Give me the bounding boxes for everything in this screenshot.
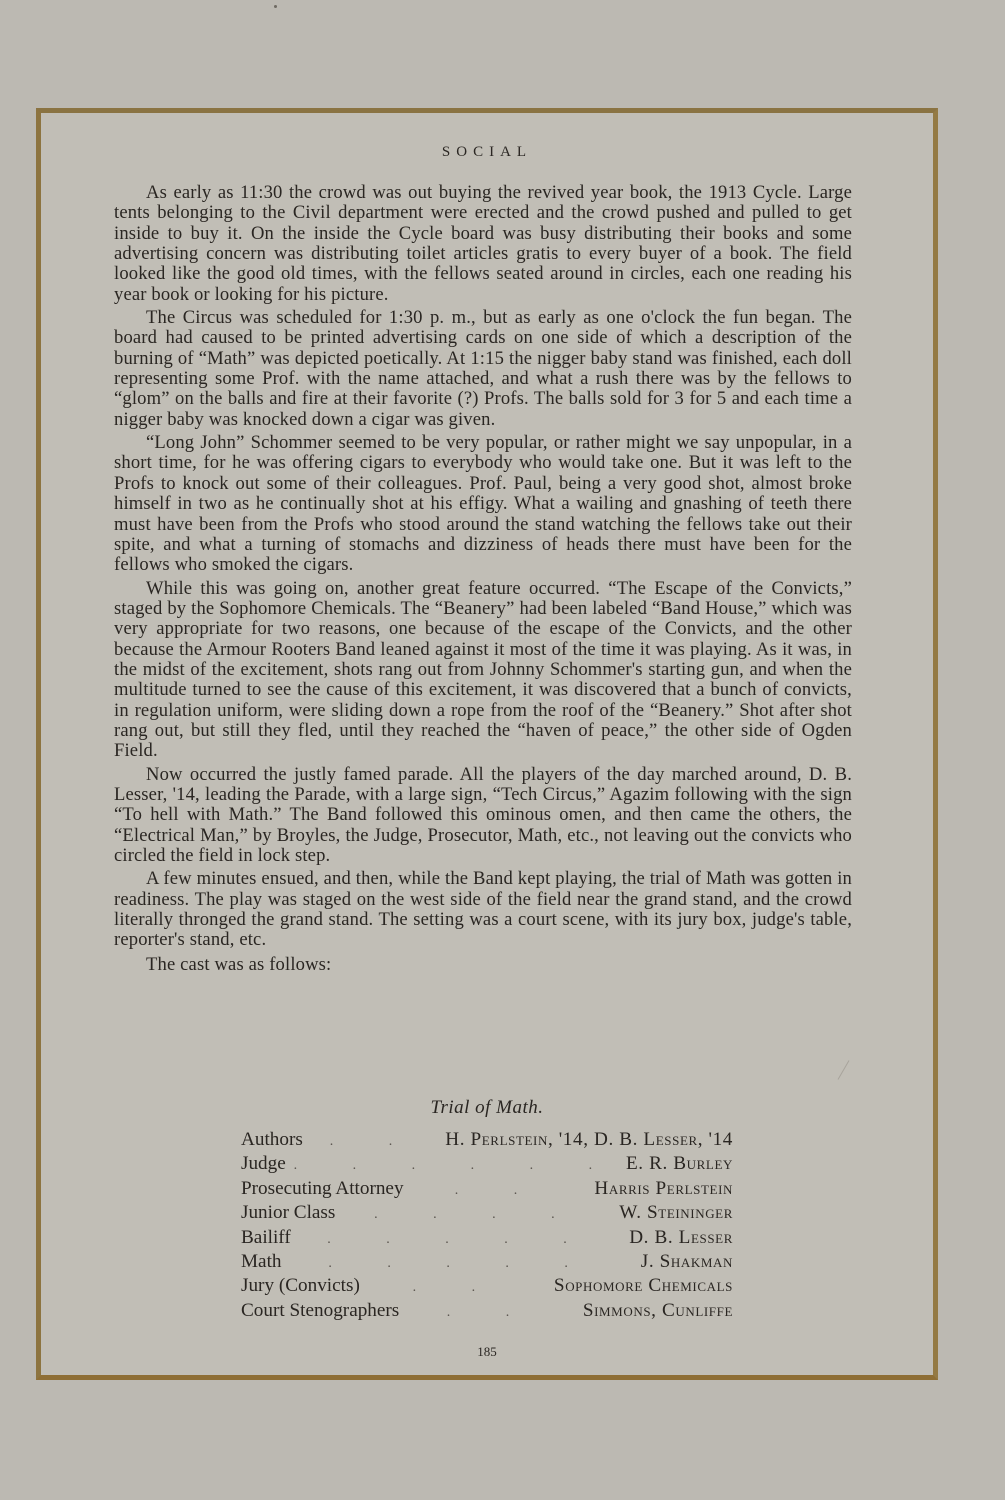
cast-actor: J. Shakman bbox=[641, 1251, 733, 1273]
paragraph-trial-setup: A few minutes ensued, and then, while th… bbox=[114, 869, 852, 950]
leader-dots: . . bbox=[399, 1305, 583, 1321]
cast-title: Trial of Math. bbox=[41, 1097, 933, 1119]
cast-actor: Simmons, Cunliffe bbox=[583, 1300, 733, 1322]
paragraph-circus-start: The Circus was scheduled for 1:30 p. m.,… bbox=[114, 308, 852, 430]
paragraph-escape-convicts: While this was going on, another great f… bbox=[114, 579, 852, 762]
cast-actor: Harris Perlstein bbox=[594, 1178, 733, 1200]
page-number: 185 bbox=[41, 1344, 933, 1360]
running-head: SOCIAL bbox=[41, 144, 933, 161]
cast-row-math: Math . . . . . J. Shakman bbox=[241, 1251, 733, 1275]
paragraph-parade: Now occurred the justly famed parade. Al… bbox=[114, 765, 852, 867]
cast-intro: The cast was as follows: bbox=[114, 955, 852, 975]
cast-role: Authors bbox=[241, 1129, 303, 1151]
cast-role: Junior Class bbox=[241, 1202, 335, 1224]
cast-row-junior-class: Junior Class . . . . W. Steininger bbox=[241, 1202, 733, 1226]
page-frame: SOCIAL As early as 11:30 the crowd was o… bbox=[36, 108, 938, 1380]
paper-scratch bbox=[838, 1060, 850, 1080]
body-text: As early as 11:30 the crowd was out buyi… bbox=[114, 183, 852, 978]
cast-row-jury: Jury (Convicts) . . Sophomore Chemicals bbox=[241, 1275, 733, 1299]
cast-role: Court Stenographers bbox=[241, 1300, 399, 1322]
paragraph-yearbook-sale: As early as 11:30 the crowd was out buyi… bbox=[114, 183, 852, 305]
cast-role: Judge bbox=[241, 1153, 286, 1175]
cast-actor: H. Perlstein, '14, D. B. Lesser, '14 bbox=[445, 1129, 733, 1151]
cast-row-authors: Authors . . H. Perlstein, '14, D. B. Les… bbox=[241, 1129, 733, 1153]
leader-dots: . . . . . . bbox=[286, 1158, 626, 1174]
cast-role: Math bbox=[241, 1251, 282, 1273]
cast-actor: W. Steininger bbox=[619, 1202, 733, 1224]
leader-dots: . . bbox=[303, 1134, 445, 1150]
cast-actor: D. B. Lesser bbox=[629, 1227, 733, 1249]
paper-speck bbox=[274, 5, 277, 8]
cast-row-bailiff: Bailiff . . . . . D. B. Lesser bbox=[241, 1227, 733, 1251]
leader-dots: . . . . . bbox=[282, 1256, 641, 1272]
cast-list: Authors . . H. Perlstein, '14, D. B. Les… bbox=[241, 1129, 733, 1324]
cast-actor: Sophomore Chemicals bbox=[554, 1275, 733, 1297]
cast-role: Bailiff bbox=[241, 1227, 291, 1249]
cast-row-prosecuting-attorney: Prosecuting Attorney . . Harris Perlstei… bbox=[241, 1178, 733, 1202]
leader-dots: . . . . . bbox=[291, 1232, 629, 1248]
leader-dots: . . bbox=[404, 1183, 595, 1199]
leader-dots: . . . . bbox=[335, 1207, 619, 1223]
cast-actor: E. R. Burley bbox=[626, 1153, 733, 1175]
cast-role: Jury (Convicts) bbox=[241, 1275, 360, 1297]
cast-role: Prosecuting Attorney bbox=[241, 1178, 404, 1200]
cast-row-court-stenographers: Court Stenographers . . Simmons, Cunliff… bbox=[241, 1300, 733, 1324]
cast-row-judge: Judge . . . . . . E. R. Burley bbox=[241, 1153, 733, 1177]
paragraph-long-john: “Long John” Schommer seemed to be very p… bbox=[114, 433, 852, 575]
leader-dots: . . bbox=[360, 1280, 554, 1296]
